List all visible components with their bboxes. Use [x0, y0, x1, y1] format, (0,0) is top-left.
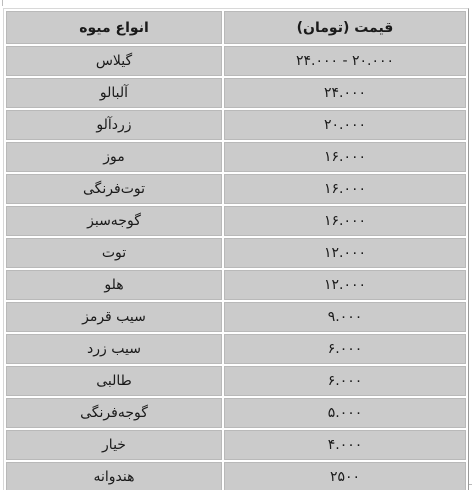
- table-row: ۱۶.۰۰۰ گوجه‌سبز: [6, 206, 466, 236]
- table-row: ۱۶.۰۰۰ موز: [6, 142, 466, 172]
- price-cell: ۹.۰۰۰: [224, 302, 466, 332]
- fruit-name-cell: توت: [6, 238, 222, 268]
- table-row: ۲۴.۰۰۰ آلبالو: [6, 78, 466, 108]
- fruit-name-cell: سیب زرد: [6, 334, 222, 364]
- fruit-name-cell: هلو: [6, 270, 222, 300]
- price-cell: ۲۰.۰۰۰ - ۲۴.۰۰۰: [224, 46, 466, 76]
- header-fruit-type: انواع میوه: [6, 11, 222, 44]
- fruit-name-cell: خیار: [6, 430, 222, 460]
- price-cell: ۱۲.۰۰۰: [224, 238, 466, 268]
- table-row: ۱۲.۰۰۰ هلو: [6, 270, 466, 300]
- page-corner-mark: [2, 0, 3, 6]
- table-header-row: قیمت (تومان) انواع میوه: [6, 11, 466, 44]
- table-row: ۱۶.۰۰۰ توت‌فرنگی: [6, 174, 466, 204]
- price-cell: ۱۶.۰۰۰: [224, 174, 466, 204]
- header-price: قیمت (تومان): [224, 11, 466, 44]
- price-cell: ۶.۰۰۰: [224, 366, 466, 396]
- price-cell: ۲۴.۰۰۰: [224, 78, 466, 108]
- fruit-name-cell: هندوانه: [6, 462, 222, 490]
- table-row: ۲۵۰۰ هندوانه: [6, 462, 466, 490]
- fruit-name-cell: گیلاس: [6, 46, 222, 76]
- fruit-name-cell: زردآلو: [6, 110, 222, 140]
- table-row: ۶.۰۰۰ طالبی: [6, 366, 466, 396]
- table-row: ۲۰.۰۰۰ زردآلو: [6, 110, 466, 140]
- price-cell: ۲۵۰۰: [224, 462, 466, 490]
- fruit-price-table: قیمت (تومان) انواع میوه ۲۰.۰۰۰ - ۲۴.۰۰۰ …: [3, 8, 469, 490]
- price-cell: ۱۶.۰۰۰: [224, 142, 466, 172]
- table-row: ۶.۰۰۰ سیب زرد: [6, 334, 466, 364]
- fruit-name-cell: آلبالو: [6, 78, 222, 108]
- table-row: ۵.۰۰۰ گوجه‌فرنگی: [6, 398, 466, 428]
- fruit-name-cell: موز: [6, 142, 222, 172]
- table-row: ۱۲.۰۰۰ توت: [6, 238, 466, 268]
- fruit-name-cell: سیب قرمز: [6, 302, 222, 332]
- price-cell: ۲۰.۰۰۰: [224, 110, 466, 140]
- table-row: ۴.۰۰۰ خیار: [6, 430, 466, 460]
- table-row: ۲۰.۰۰۰ - ۲۴.۰۰۰ گیلاس: [6, 46, 466, 76]
- fruit-name-cell: طالبی: [6, 366, 222, 396]
- table-row: ۹.۰۰۰ سیب قرمز: [6, 302, 466, 332]
- price-cell: ۱۲.۰۰۰: [224, 270, 466, 300]
- fruit-name-cell: توت‌فرنگی: [6, 174, 222, 204]
- price-cell: ۱۶.۰۰۰: [224, 206, 466, 236]
- price-cell: ۴.۰۰۰: [224, 430, 466, 460]
- price-cell: ۶.۰۰۰: [224, 334, 466, 364]
- price-cell: ۵.۰۰۰: [224, 398, 466, 428]
- fruit-name-cell: گوجه‌سبز: [6, 206, 222, 236]
- fruit-name-cell: گوجه‌فرنگی: [6, 398, 222, 428]
